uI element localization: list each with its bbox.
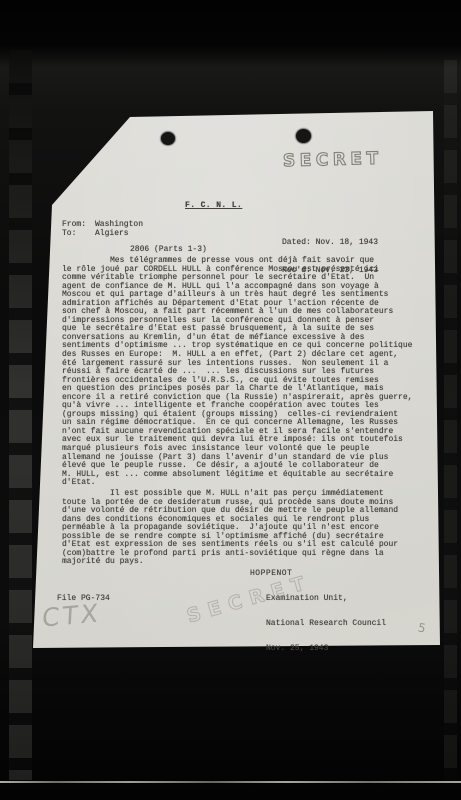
unit-date: Nov. 25, 1943: [266, 645, 386, 653]
to-value: Algiers: [95, 230, 143, 239]
org-title: F. C. N. L.: [185, 202, 242, 211]
unit-name-line2: National Research Council: [266, 620, 386, 628]
microfilm-frame: SECRET F. C. N. L. From: Washington To: …: [0, 0, 461, 800]
page-number: 5: [417, 620, 427, 635]
secret-stamp-top: SECRET: [283, 149, 383, 172]
body-paragraph-1: Mes télégrammes de presse vous ont déjà …: [62, 257, 412, 488]
punch-hole-left: [161, 132, 175, 145]
pencil-annotation: CTX: [41, 598, 101, 632]
body-paragraph-2: Il est possible que M. HULL n'ait pas pe…: [62, 490, 398, 567]
dated-label: Dated:: [282, 238, 311, 247]
punch-hole-right: [296, 129, 311, 143]
dated-value: Nov. 18, 1943: [316, 238, 378, 247]
document-content: SECRET F. C. N. L. From: Washington To: …: [0, 0, 461, 800]
dated-line: Dated: Nov. 18, 1943: [282, 238, 378, 247]
from-to-block: From: Washington To: Algiers: [62, 221, 143, 239]
telegram-number: 2806 (Parts 1-3): [130, 246, 207, 255]
to-label: To:: [62, 230, 95, 239]
